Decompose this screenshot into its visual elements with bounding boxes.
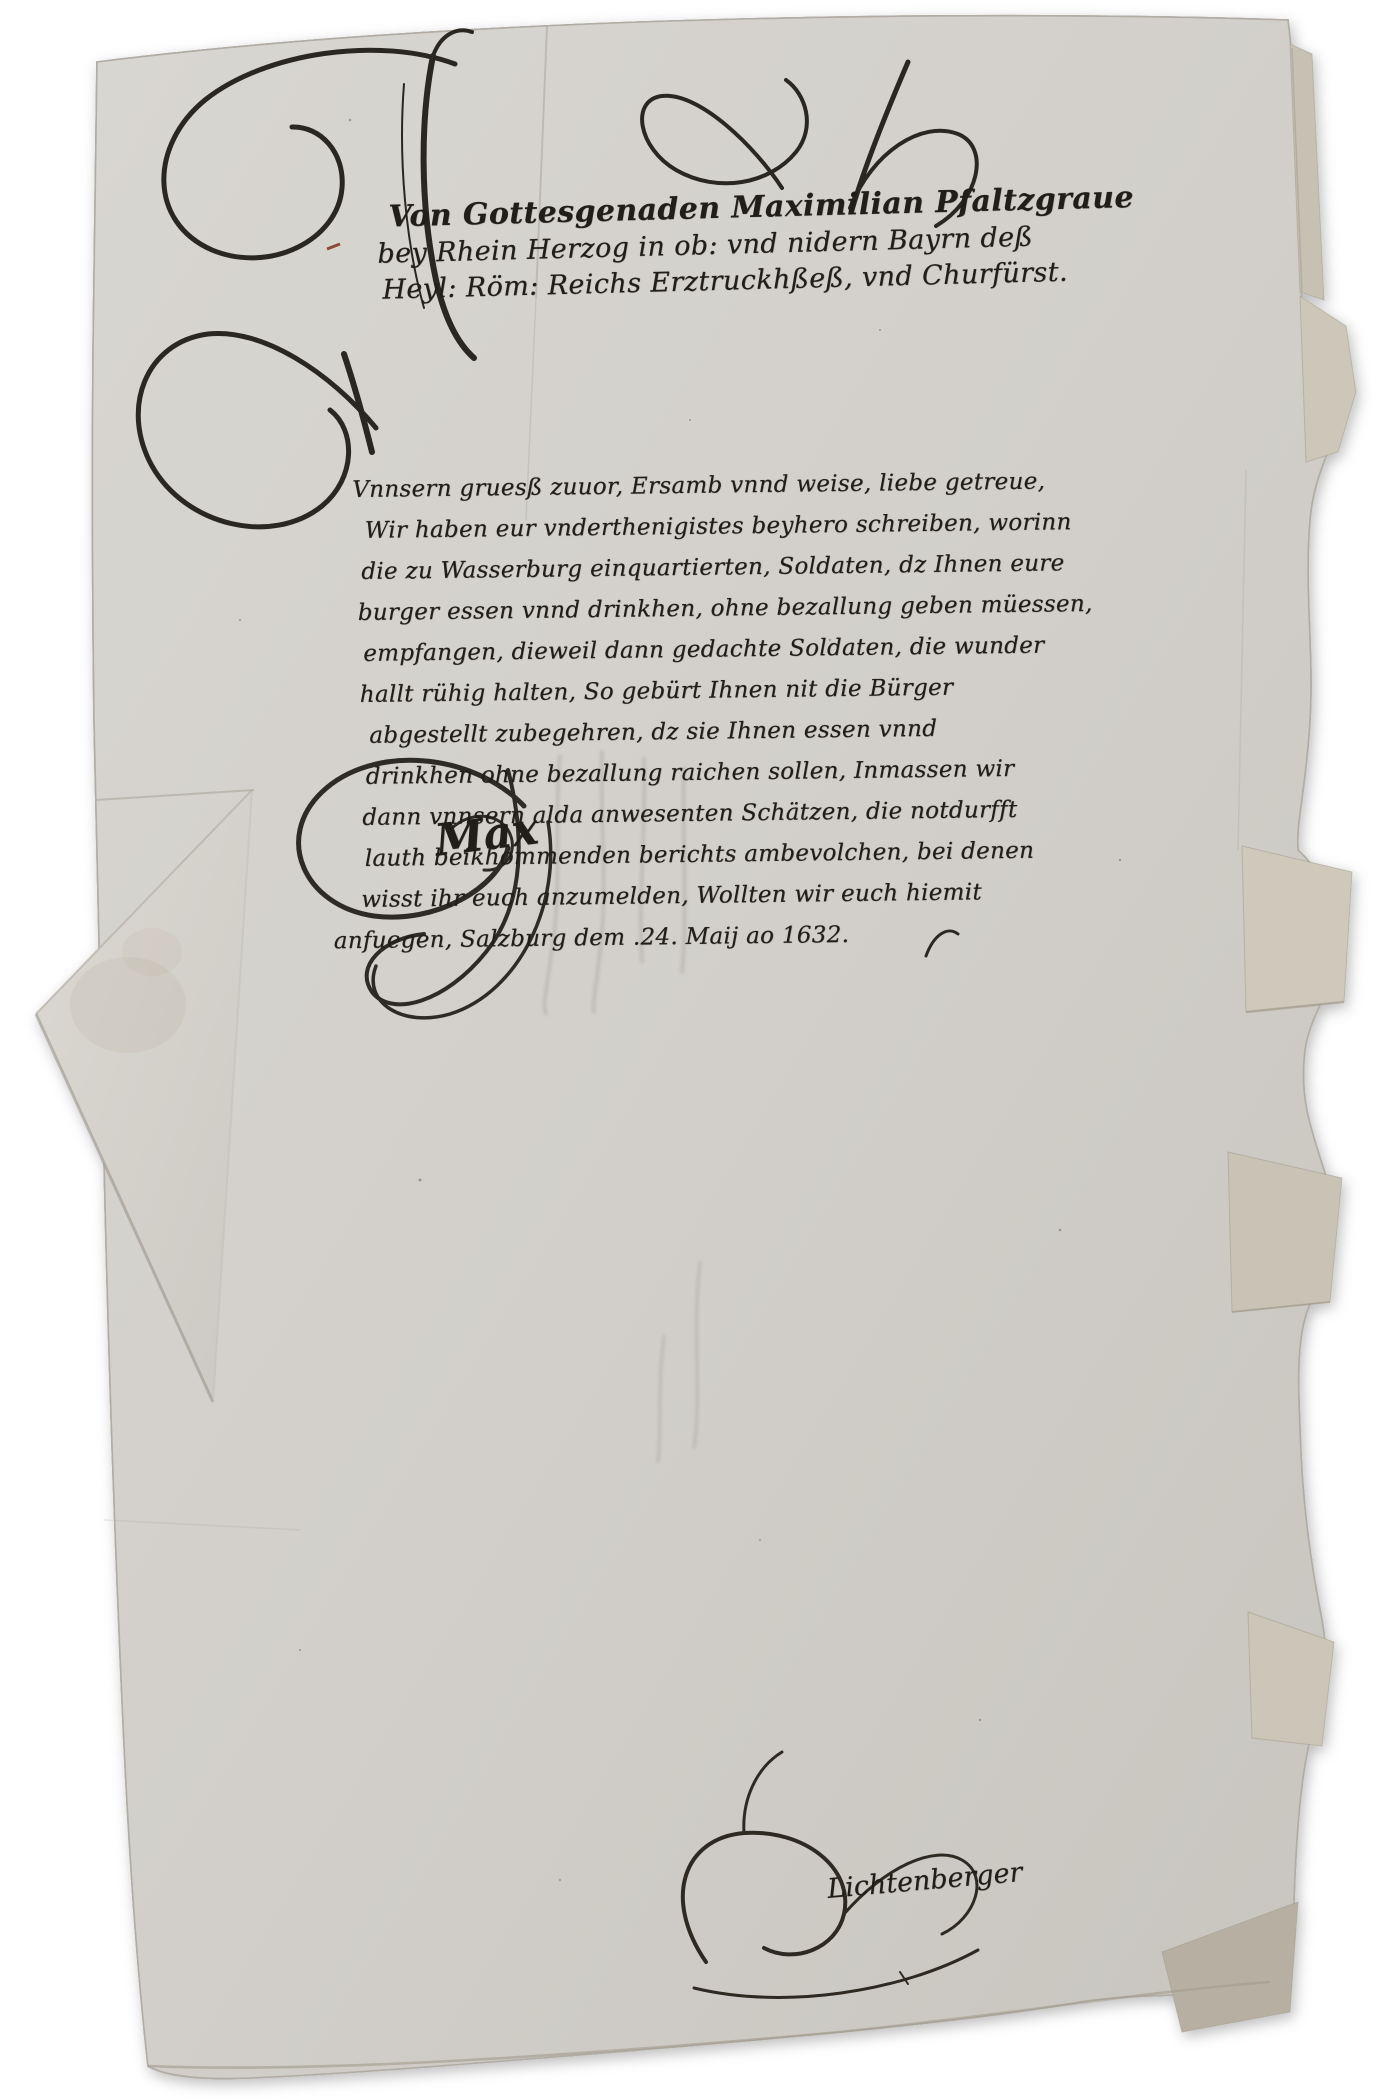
paper-vignette <box>93 16 1347 2079</box>
body-line-dateline: anfuegen, Salzburg dem .24. Maij ao 1632… <box>334 913 1018 962</box>
manuscript-photo: Von Gottesgenaden Maximilian Pfaltzgraue… <box>0 0 1399 2099</box>
paper-with-shadow <box>36 16 1356 2079</box>
letter-intitulatio: Von Gottesgenaden Maximilian Pfaltzgraue… <box>368 183 1011 309</box>
body-line: wisst ihr euch anzumelden, Wollten wir e… <box>361 872 1017 921</box>
letter-body: Vnnsern gruesß zuuor, Ersamb vnnd weise,… <box>352 462 1018 962</box>
paper-sheet-graphic <box>0 0 1399 2099</box>
